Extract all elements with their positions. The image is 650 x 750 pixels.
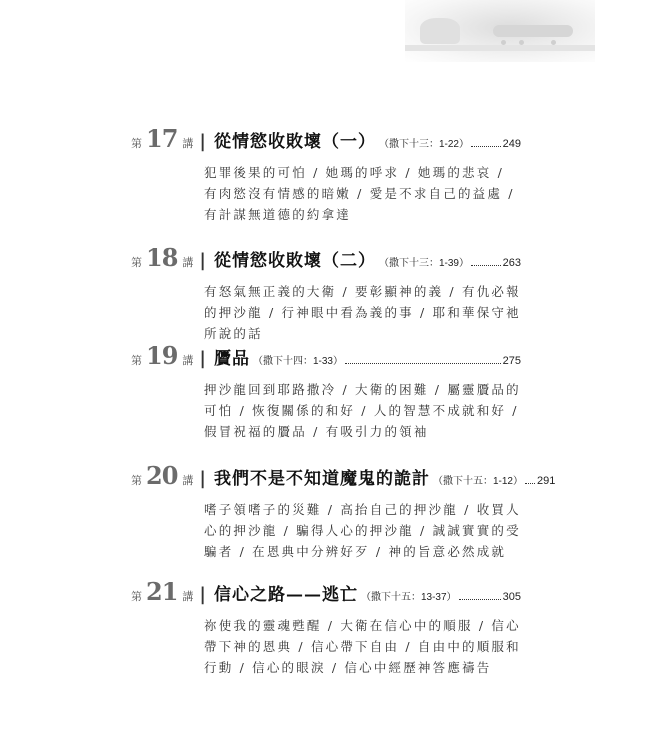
lecture-title: 從情慾收敗壞（二） <box>214 246 376 271</box>
dot-leader <box>525 483 535 484</box>
page-number: 249 <box>503 138 521 150</box>
page-number: 291 <box>537 475 555 487</box>
toc-entry-17[interactable]: 第 17 講 | 從情慾收敗壞（一） （撒下十三：1-22） 249 犯罪後果的… <box>131 124 521 225</box>
lecture-title: 贗品 <box>214 344 250 369</box>
toc-heading[interactable]: 第 19 講 | 贗品 （撒下十四：1-33） 275 <box>131 341 521 369</box>
toc-heading[interactable]: 第 17 講 | 從情慾收敗壞（一） （撒下十三：1-22） 249 <box>131 124 521 152</box>
lecture-suffix: 講 <box>182 135 193 151</box>
page-number: 263 <box>503 257 521 269</box>
runway <box>405 45 595 51</box>
lecture-number: 19 <box>146 341 177 370</box>
tree-silhouette <box>420 18 460 44</box>
separator-bar: | <box>199 131 206 152</box>
airplane-silhouette <box>493 25 573 37</box>
lecture-suffix: 講 <box>182 472 193 488</box>
dot-leader <box>459 599 501 600</box>
toc-heading[interactable]: 第 18 講 | 從情慾收敗壞（二） （撒下十三：1-39） 263 <box>131 243 521 271</box>
scripture-reference: （撒下十五：13-37） <box>361 588 457 603</box>
scripture-reference: （撒下十三：1-22） <box>379 135 469 150</box>
lecture-suffix: 講 <box>182 588 193 604</box>
lecture-summary: 押沙龍回到耶路撒冷 / 大衛的困難 / 屬靈贗品的可怕 / 恢復關係的和好 / … <box>204 379 524 442</box>
dot-leader <box>471 265 501 266</box>
scripture-reference: （撒下十三：1-39） <box>379 254 469 269</box>
lecture-title: 從情慾收敗壞（一） <box>214 127 376 152</box>
toc-heading[interactable]: 第 21 講 | 信心之路——逃亡 （撒下十五：13-37） 305 <box>131 577 521 605</box>
lecture-number: 20 <box>146 461 177 490</box>
lecture-summary: 犯罪後果的可怕 / 她瑪的呼求 / 她瑪的悲哀 / 有肉慾沒有情感的暗嫩 / 愛… <box>204 162 524 225</box>
toc-heading[interactable]: 第 20 講 | 我們不是不知道魔鬼的詭計 （撒下十五：1-12） 291 <box>131 461 521 489</box>
separator-bar: | <box>199 584 206 605</box>
lecture-summary: 有怒氣無正義的大衛 / 要彰顯神的義 / 有仇必報的押沙龍 / 行神眼中看為義的… <box>204 281 524 344</box>
toc-entry-20[interactable]: 第 20 講 | 我們不是不知道魔鬼的詭計 （撒下十五：1-12） 291 嗜子… <box>131 461 521 562</box>
toc-entry-18[interactable]: 第 18 講 | 從情慾收敗壞（二） （撒下十三：1-39） 263 有怒氣無正… <box>131 243 521 344</box>
lecture-number: 21 <box>146 577 177 606</box>
page-number: 305 <box>503 591 521 603</box>
lecture-prefix: 第 <box>131 135 142 151</box>
lecture-title: 我們不是不知道魔鬼的詭計 <box>214 464 430 489</box>
lecture-prefix: 第 <box>131 588 142 604</box>
lecture-suffix: 講 <box>182 254 193 270</box>
lecture-number: 17 <box>146 124 177 153</box>
dot-leader <box>471 146 501 147</box>
separator-bar: | <box>199 348 206 369</box>
separator-bar: | <box>199 250 206 271</box>
separator-bar: | <box>199 468 206 489</box>
lecture-suffix: 講 <box>182 352 193 368</box>
page-number: 275 <box>503 355 521 367</box>
lecture-title: 信心之路——逃亡 <box>214 580 358 605</box>
scripture-reference: （撒下十四：1-33） <box>253 352 343 367</box>
header-decorative-image <box>405 0 595 62</box>
lecture-prefix: 第 <box>131 352 142 368</box>
scripture-reference: （撒下十五：1-12） <box>433 472 523 487</box>
lecture-summary: 嗜子領嗜子的災難 / 高抬自己的押沙龍 / 收買人心的押沙龍 / 騙得人心的押沙… <box>204 499 524 562</box>
lecture-prefix: 第 <box>131 472 142 488</box>
lecture-summary: 祢使我的靈魂甦醒 / 大衛在信心中的順服 / 信心帶下神的恩典 / 信心帶下自由… <box>204 615 524 678</box>
lecture-number: 18 <box>146 243 177 272</box>
toc-entry-19[interactable]: 第 19 講 | 贗品 （撒下十四：1-33） 275 押沙龍回到耶路撒冷 / … <box>131 341 521 442</box>
lecture-prefix: 第 <box>131 254 142 270</box>
dot-leader <box>345 363 501 364</box>
toc-entry-21[interactable]: 第 21 講 | 信心之路——逃亡 （撒下十五：13-37） 305 祢使我的靈… <box>131 577 521 678</box>
